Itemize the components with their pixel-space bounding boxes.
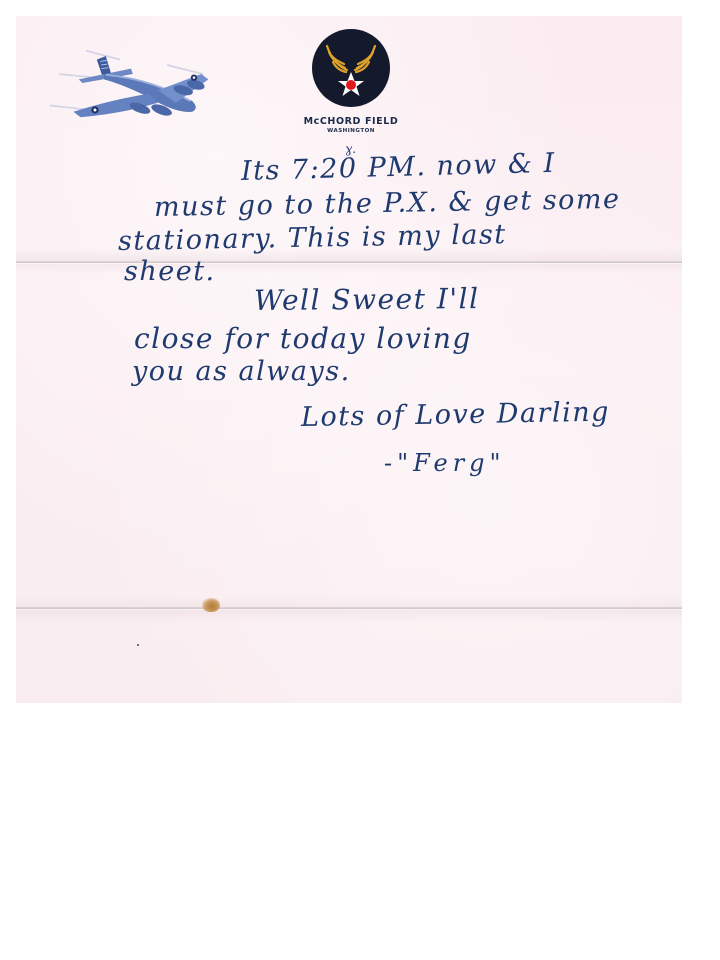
letter-signature: -"Ferg" <box>384 449 506 477</box>
upper-fold-line <box>16 261 682 264</box>
lower-fold-line <box>16 607 682 610</box>
letter-line-6: close for today loving <box>134 322 472 355</box>
letter-line-5: Well Sweet I'll <box>254 282 480 317</box>
letter-paper: McCHORD FIELD WASHINGTON ɣ. Its 7:20 PM.… <box>16 16 682 703</box>
paper-speck <box>137 644 139 646</box>
rust-stain <box>202 598 220 612</box>
letter-closing: Lots of Love Darling <box>301 397 610 433</box>
letter-line-2: must go to the P.X. & get some <box>154 184 621 223</box>
letter-line-7: you as always. <box>132 356 351 387</box>
army-air-forces-winged-star-icon <box>311 28 391 108</box>
letter-line-4: sheet. <box>124 256 216 287</box>
letter-line-1: Its 7:20 PM. now & I <box>241 148 556 187</box>
letterhead-title: McCHORD FIELD <box>271 116 431 127</box>
letterhead-subtitle: WASHINGTON <box>271 128 431 134</box>
b17-bomber-airplane-icon <box>36 38 226 128</box>
